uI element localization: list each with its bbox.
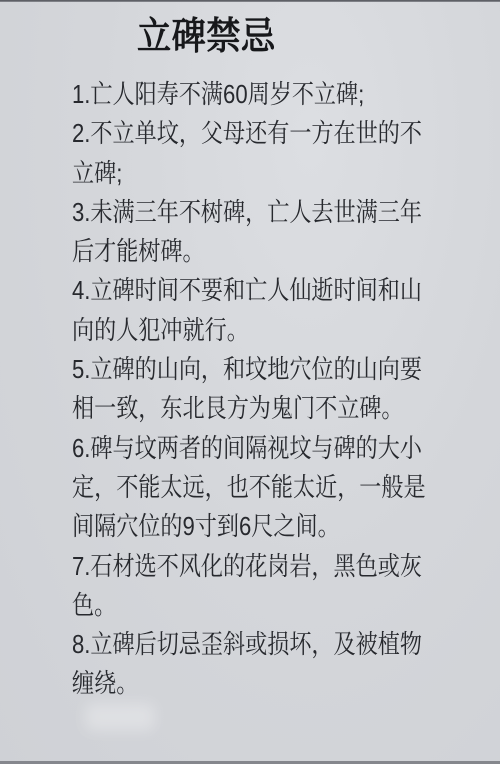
list-item: 4.立碑时间不要和亡人仙逝时间和山 向的人犯冲就行。 — [72, 271, 500, 350]
list-item: 5.立碑的山向，和坟地穴位的山向要 相一致，东北艮方为鬼门不立碑。 — [72, 350, 500, 429]
list-item: 3.未满三年不树碑，亡人去世满三年 后才能树碑。 — [72, 193, 500, 272]
text-line: 后才能树碑。 — [72, 232, 436, 271]
text-line: 相一致，东北艮方为鬼门不立碑。 — [72, 389, 436, 428]
background-light-patch — [85, 703, 155, 731]
text-line: 8.立碑后切忌歪斜或损坏，及被植物 — [72, 625, 436, 664]
text-line: 定，不能太远，也不能太近，一般是 — [72, 468, 436, 507]
text-line: 1.亡人阳寿不满60周岁不立碑; — [72, 75, 436, 114]
taboo-list: 1.亡人阳寿不满60周岁不立碑; 2.不立单坟，父母还有一方在世的不 立碑; 3… — [72, 75, 500, 704]
text-line: 4.立碑时间不要和亡人仙逝时间和山 — [72, 271, 436, 310]
text-line: 7.石材选不风化的花岗岩，黑色或灰 — [72, 547, 436, 586]
text-line: 色。 — [72, 586, 436, 625]
text-line: 2.不立单坟，父母还有一方在世的不 — [72, 114, 436, 153]
text-line: 缠绕。 — [72, 664, 436, 703]
list-item: 8.立碑后切忌歪斜或损坏，及被植物 缠绕。 — [72, 625, 500, 704]
text-line: 5.立碑的山向，和坟地穴位的山向要 — [72, 350, 436, 389]
document-page: 立碑禁忌 1.亡人阳寿不满60周岁不立碑; 2.不立单坟，父母还有一方在世的不 … — [0, 0, 500, 764]
text-line: 立碑; — [72, 154, 436, 193]
list-item: 1.亡人阳寿不满60周岁不立碑; — [72, 75, 500, 114]
list-item: 7.石材选不风化的花岗岩，黑色或灰 色。 — [72, 547, 500, 626]
text-line: 向的人犯冲就行。 — [72, 311, 436, 350]
list-item: 6.碑与坟两者的间隔视坟与碑的大小 定，不能太远，也不能太近，一般是 间隔穴位的… — [72, 429, 500, 547]
list-item: 2.不立单坟，父母还有一方在世的不 立碑; — [72, 114, 500, 193]
text-line: 6.碑与坟两者的间隔视坟与碑的大小 — [72, 429, 436, 468]
page-title: 立碑禁忌 — [137, 0, 464, 58]
text-line: 间隔穴位的9寸到6尺之间。 — [72, 507, 436, 546]
text-line: 3.未满三年不树碑，亡人去世满三年 — [72, 193, 436, 232]
